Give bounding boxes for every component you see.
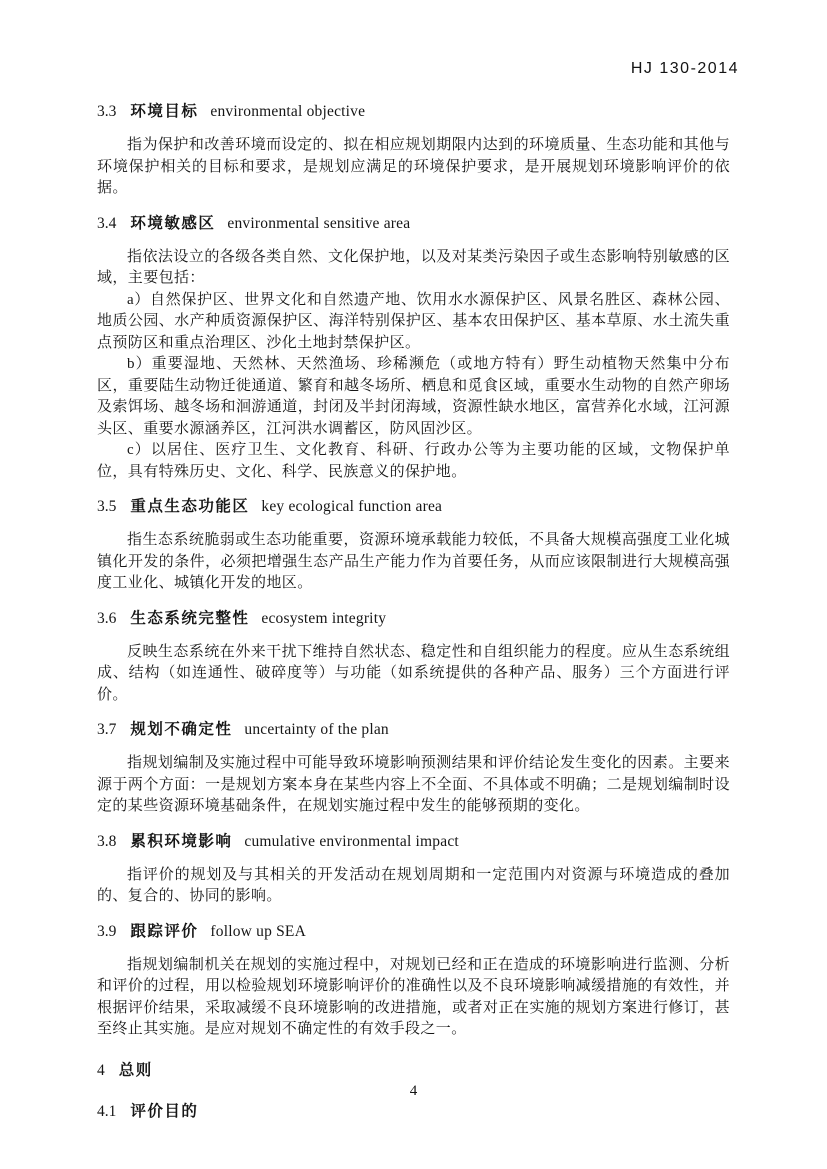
section-number: 3.8 <box>97 833 116 850</box>
section-title-en: environmental objective <box>210 103 365 120</box>
list-item-c: c）以居住、医疗卫生、文化教育、科研、行政办公等为主要功能的区域，文物保护单位，… <box>97 440 730 483</box>
section-heading-3-4: 3.4环境敏感区environmental sensitive area <box>97 213 730 235</box>
list-item-b: b）重要湿地、天然林、天然渔场、珍稀濒危（或地方特有）野生动植物天然集中分布区，… <box>97 354 730 440</box>
section-title-zh: 跟踪评价 <box>130 923 198 940</box>
document-page: HJ 130-2014 3.3环境目标environmental objecti… <box>0 0 827 1169</box>
section-title-zh: 总则 <box>119 1062 153 1079</box>
section-number: 3.7 <box>97 721 116 738</box>
section-heading-3-3: 3.3环境目标environmental objective <box>97 101 730 123</box>
section-title-zh: 累积环境影响 <box>130 833 232 850</box>
section-title-zh: 环境目标 <box>130 103 198 120</box>
section-number: 3.4 <box>97 215 116 232</box>
paragraph: 指规划编制及实施过程中可能导致环境影响预测结果和评价结论发生变化的因素。主要来源… <box>97 753 730 818</box>
paragraph: 指依法设立的各级各类自然、文化保护地，以及对某类污染因子或生态影响特别敏感的区域… <box>97 247 730 290</box>
doc-header: HJ 130-2014 <box>631 60 739 78</box>
paragraph: 指规划编制机关在规划的实施过程中，对规划已经和正在造成的环境影响进行监测、分析和… <box>97 955 730 1041</box>
section-title-en: uncertainty of the plan <box>244 721 388 738</box>
section-title-zh: 评价目的 <box>130 1103 198 1120</box>
section-title-en: follow up SEA <box>210 923 306 940</box>
paragraph: 反映生态系统在外来干扰下维持自然状态、稳定性和自组织能力的程度。应从生态系统组成… <box>97 642 730 707</box>
section-number: 3.3 <box>97 103 116 120</box>
paragraph: 指评价的规划及与其相关的开发活动在规划周期和一定范围内对资源与环境造成的叠加的、… <box>97 865 730 908</box>
section-title-zh: 生态系统完整性 <box>130 610 249 627</box>
section-heading-3-7: 3.7规划不确定性uncertainty of the plan <box>97 719 730 741</box>
section-heading-3-5: 3.5重点生态功能区key ecological function area <box>97 496 730 518</box>
section-number: 3.5 <box>97 498 116 515</box>
section-title-zh: 规划不确定性 <box>130 721 232 738</box>
section-number: 4.1 <box>97 1103 116 1120</box>
section-number: 4 <box>97 1062 105 1079</box>
paragraph: 指生态系统脆弱或生态功能重要，资源环境承载能力较低，不具备大规模高强度工业化城镇… <box>97 530 730 595</box>
section-heading-3-6: 3.6生态系统完整性ecosystem integrity <box>97 608 730 630</box>
paragraph: 指为保护和改善环境而设定的、拟在相应规划期限内达到的环境质量、生态功能和其他与环… <box>97 135 730 200</box>
section-title-en: cumulative environmental impact <box>244 833 459 850</box>
list-item-a: a）自然保护区、世界文化和自然遗产地、饮用水水源保护区、风景名胜区、森林公园、地… <box>97 290 730 355</box>
section-heading-4-1: 4.1评价目的 <box>97 1101 730 1123</box>
document-body: 3.3环境目标environmental objective 指为保护和改善环境… <box>97 101 730 1135</box>
section-title-en: key ecological function area <box>261 498 442 515</box>
section-title-zh: 重点生态功能区 <box>130 498 249 515</box>
section-heading-3-8: 3.8累积环境影响cumulative environmental impact <box>97 831 730 853</box>
section-number: 3.9 <box>97 923 116 940</box>
page-number: 4 <box>0 1083 827 1100</box>
standard-number: HJ 130-2014 <box>631 60 739 77</box>
section-title-en: environmental sensitive area <box>227 215 410 232</box>
section-number: 3.6 <box>97 610 116 627</box>
chapter-heading-4: 4总则 <box>97 1060 730 1082</box>
section-title-zh: 环境敏感区 <box>130 215 215 232</box>
section-heading-3-9: 3.9跟踪评价follow up SEA <box>97 921 730 943</box>
section-title-en: ecosystem integrity <box>261 610 386 627</box>
